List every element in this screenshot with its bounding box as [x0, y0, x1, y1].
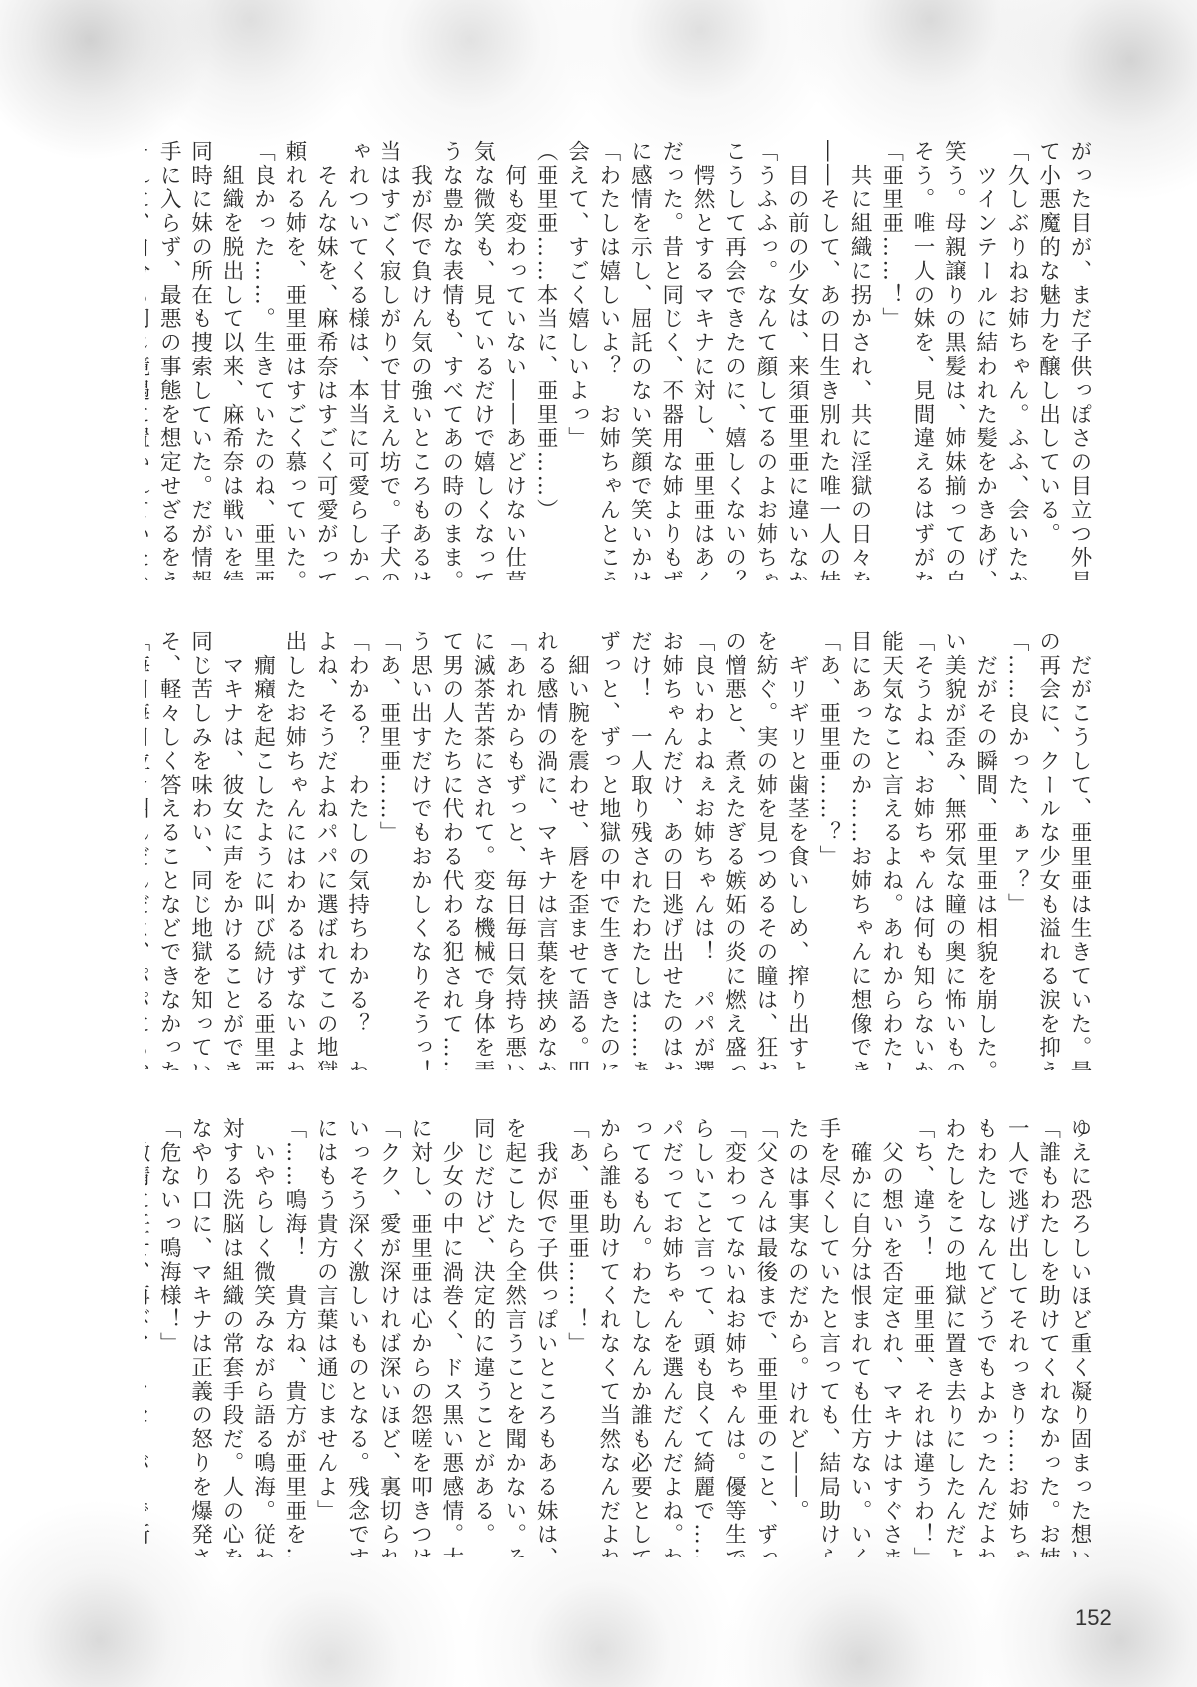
text-column: 「……鳴海！ 貴方ね、貴方が亜里亜を……！」	[278, 1117, 309, 1557]
text-column: ツインテールに結われた髪をかきあげ、無邪気に	[969, 140, 1000, 580]
text-column: そう。唯一人の妹を、見間違えるはずがない。	[907, 140, 938, 580]
text-column: ずっと、ずっと地獄の中で生きてきたのに！」	[593, 630, 624, 1070]
text-column: 出したお姉ちゃんにはわかるはずないよねッ！」	[278, 630, 309, 1070]
text-column: 目の前の少女は、来須亜里亜に違いなかった。	[781, 140, 812, 580]
text-column: の再会に、クールな少女も溢れる涙を抑えられない。	[1032, 630, 1063, 1070]
text-column: 「そうよね、お姉ちゃんは何も知らないからそんな	[907, 630, 938, 1070]
text-column: い美貌が歪み、無邪気な瞳の奥に怖いものが走る。	[938, 630, 969, 1070]
text-column: パだってお姉ちゃんを選んだんだよね。わたしわか	[655, 1117, 686, 1557]
text-column: なやり口に、マキナは正義の怒りを爆発させた。	[184, 1117, 215, 1557]
text-column: 「わたしは嬉しいよ？ お姉ちゃんとこうしてまた	[593, 140, 624, 580]
text-column: 同時に妹の所在も捜索していた。だが情報は少しも	[184, 140, 215, 580]
text-column: ギリギリと歯茎を食いしめ、搾り出すように言葉	[781, 630, 812, 1070]
text-column: 確かに自分は恨まれても仕方ない。いくら捜索に	[844, 1117, 875, 1557]
text-column: 共に組織に拐かされ、共に淫獄の日々を過ごし	[844, 140, 875, 580]
text-column: 手に入らず、最悪の事態を想定せざるをえなかった。	[153, 140, 184, 580]
text-column: 「良かった……。生きていたのね、亜里亜……！」	[247, 140, 278, 580]
text-column: 同じ苦しみを味わい、同じ地獄を知っているからこ	[184, 630, 215, 1070]
text-column: 会えて、すごく嬉しいよっ」	[561, 140, 592, 580]
text-column: 「……良かった、ぁァ？」	[1001, 630, 1032, 1070]
text-column: 笑う。母親譲りの黒髪は、姉妹揃っての自慢だった。	[938, 140, 969, 580]
text-column: 当はすごく寂しがりで甘えん坊で。子犬のようにじ	[373, 140, 404, 580]
text-column: そ、軽々しく答えることなどできなかった。	[153, 630, 184, 1070]
text-column: ゃれついてくる様は、本当に可愛らしかった。	[341, 140, 372, 580]
text-column: 「変わってないねお姉ちゃんは。優等生でもっとも	[718, 1117, 749, 1557]
text-band-bottom: ゆえに恐ろしいほど重く凝り固まった想いを孕む。「誰もわたしを助けてくれなかった。…	[145, 1117, 1095, 1557]
text-column: 愕然とするマキナに対し、亜里亜はあくまで快活	[687, 140, 718, 580]
text-column: いっそう深く激しいものとなる。残念ですが、彼女	[341, 1117, 372, 1557]
text-column: もわたしなんてどうでもよかったんだよね。だから	[969, 1117, 1000, 1557]
text-band-middle: だがこうして、亜里亜は生きていた。最愛の妹との再会に、クールな少女も溢れる涙を抑…	[145, 630, 1095, 1070]
text-column: 一人で逃げ出してそれっきり……お姉ちゃんもパパ	[1001, 1117, 1032, 1557]
text-column: に対し、亜里亜は心からの怨嗟を叩きつけていた。	[404, 1117, 435, 1557]
text-column: 我が侭で負けん気の強いところもあるけれど、本	[404, 140, 435, 580]
text-column: にはもう貴方の言葉は通じませんよ」	[310, 1117, 341, 1557]
text-column: 「危ないっ鳴海様！」	[153, 1117, 184, 1557]
text-column: 能天気なこと言えるよね。あれからわたしがどんな	[875, 630, 906, 1070]
text-column: 「ち、違う！ 亜里亜、それは違うわ！」	[907, 1117, 938, 1557]
text-column: だがこうして、亜里亜は生きていた。最愛の妹と	[1064, 630, 1095, 1070]
text-column: 「良いわよねぇお姉ちゃんは！ パパが選んだのは	[687, 630, 718, 1070]
text-column: 「クク、愛が深ければ深いほど、裏切られた絶望は	[373, 1117, 404, 1557]
text-column: らしいこと言って、頭も良くて綺麗で……だからパ	[687, 1117, 718, 1557]
text-column: 癇癪を起こしたように叫び続ける亜里亜。	[247, 630, 278, 1070]
text-column: 同じだけど、決定的に違うことがある。	[467, 1117, 498, 1557]
text-column: がった目が、まだ子供っぽさの目立つ外見と相まっ	[1064, 140, 1095, 580]
text-column: 目にあったのか……お姉ちゃんに想像できる⁉」	[844, 630, 875, 1070]
text-column: そんな妹を、麻希奈はすごく可愛がっていたし、	[310, 140, 341, 580]
text-column: 組織を脱出して以来、麻希奈は戦いを続けながら、	[216, 140, 247, 580]
text-column: ゆえに恐ろしいほど重く凝り固まった想いを孕む。	[1064, 1117, 1095, 1557]
text-column: の憎悪と、煮えたぎる嫉妬の炎に燃え盛っていた。	[718, 630, 749, 1070]
text-column: 「あれからもずっと、毎日毎日気持ち悪い怪物たち	[498, 630, 529, 1070]
text-column: 「誰もわたしを助けてくれなかった。お姉ちゃんは	[1032, 1117, 1063, 1557]
text-column: 「あ、亜里亜……？」	[812, 630, 843, 1070]
text-column: に感情を示し、屈託のない笑顔で笑いかける。	[624, 140, 655, 580]
text-column: ――そして、あの日生き別れた唯一人の妹。	[812, 140, 843, 580]
text-column: いやらしく微笑みながら語る鳴海。従わない者に	[247, 1117, 278, 1557]
text-column: わたしをこの地獄に置き去りにしたんだよね！」	[938, 1117, 969, 1557]
text-column: 「毎日毎日泣き叫んだんだよ、パパにもお姉ちゃん	[145, 630, 153, 1070]
text-column: （亜里亜……本当に、亜里亜……）	[530, 140, 561, 580]
text-column: ってるもん。わたしなんか誰も必要としてない、だ	[624, 1117, 655, 1557]
text-column: を紡ぐ。実の姉を見つめるその瞳は、狂おしいまで	[750, 630, 781, 1070]
text-column: 頼れる姉を、亜里亜はすごく慕っていた。	[278, 140, 309, 580]
text-column: 「あ、亜里亜……！」	[561, 1117, 592, 1557]
text-column: マキナは、彼女に声をかけることができなかった。	[216, 630, 247, 1070]
text-column: に滅茶苦茶にされて。変な機械で身体を弄り回され	[467, 630, 498, 1070]
text-column: 激情に任せ、再びアークセイバーで斬りかかるデ	[145, 1117, 153, 1557]
text-column: 「あ、亜里亜……」	[373, 630, 404, 1070]
text-column: たのは事実なのだから。けれど――。	[781, 1117, 812, 1557]
text-column: 手を尽くしていたと言っても、結局助けられなかっ	[812, 1117, 843, 1557]
text-column: 「父さんは最後まで、亜里亜のこと、ずっと……！」	[750, 1117, 781, 1557]
text-band-top: がった目が、まだ子供っぽさの目立つ外見と相まって小悪魔的な魅力を醸し出している。…	[145, 140, 1095, 580]
text-column: 「亜里亜……！」	[875, 140, 906, 580]
text-column: 我が侭で子供っぽいところもある妹は、一度癇癪	[530, 1117, 561, 1557]
text-column: うな豊かな表情も、すべてあの時のまま。	[435, 140, 466, 580]
text-column: 何も変わっていない――あどけない仕草も、無邪	[498, 140, 529, 580]
text-column: 「うふふっ。なんて顔してるのよお姉ちゃん？	[750, 140, 781, 580]
text-column: よね、そうだよねパパに選ばれてこの地獄から逃げ	[310, 630, 341, 1070]
text-column: お姉ちゃんだけ、あの日逃げ出せたのはお姉ちゃん	[655, 630, 686, 1070]
text-column: それに、自分も同じ境遇に置かれていたからこそわ	[145, 140, 153, 580]
text-column: から誰も助けてくれなくて当然なんだよね！」	[593, 1117, 624, 1557]
text-column: 父の想いを否定され、マキナはすぐさま反論した。	[875, 1117, 906, 1557]
text-column: だけ！ 一人取り残されたわたしは……あれからも	[624, 630, 655, 1070]
text-column: て男の人たちに代わる代わる犯されて……ああっも	[435, 630, 466, 1070]
page-number: 152	[1075, 1605, 1112, 1631]
text-column: 対する洗脳は組織の常套手段だ。人の心を弄ぶ卑劣	[216, 1117, 247, 1557]
text-column: 気な微笑も、見ているだけで嬉しくなってしまうよ	[467, 140, 498, 580]
text-column: 「久しぶりねお姉ちゃん。ふふ、会いたかったよ」	[1001, 140, 1032, 580]
text-column: 「わかる？ わたしの気持ちわかる？ わからない	[341, 630, 372, 1070]
text-column: 細い腕を震わせ、唇を歪ませて語る。叩きつけら	[561, 630, 592, 1070]
text-column: こうして再会できたのに、嬉しくないの？」	[718, 140, 749, 580]
text-column: だった。昔と同じく、不器用な姉よりもずっと豊か	[655, 140, 686, 580]
text-column: だがその瞬間、亜里亜は相貌を崩した。あどけな	[969, 630, 1000, 1070]
text-column: て小悪魔的な魅力を醸し出している。	[1032, 140, 1063, 580]
text-column: を起こしたら全然言うことを聞かない。それは昔と	[498, 1117, 529, 1557]
text-column: れる感情の渦に、マキナは言葉を挟めなかった。	[530, 630, 561, 1070]
text-column: う思い出すだけでもおかしくなりそうっ！」	[404, 630, 435, 1070]
text-column: 少女の中に渦巻く、ドス黒い悪感情。大切な家族	[435, 1117, 466, 1557]
